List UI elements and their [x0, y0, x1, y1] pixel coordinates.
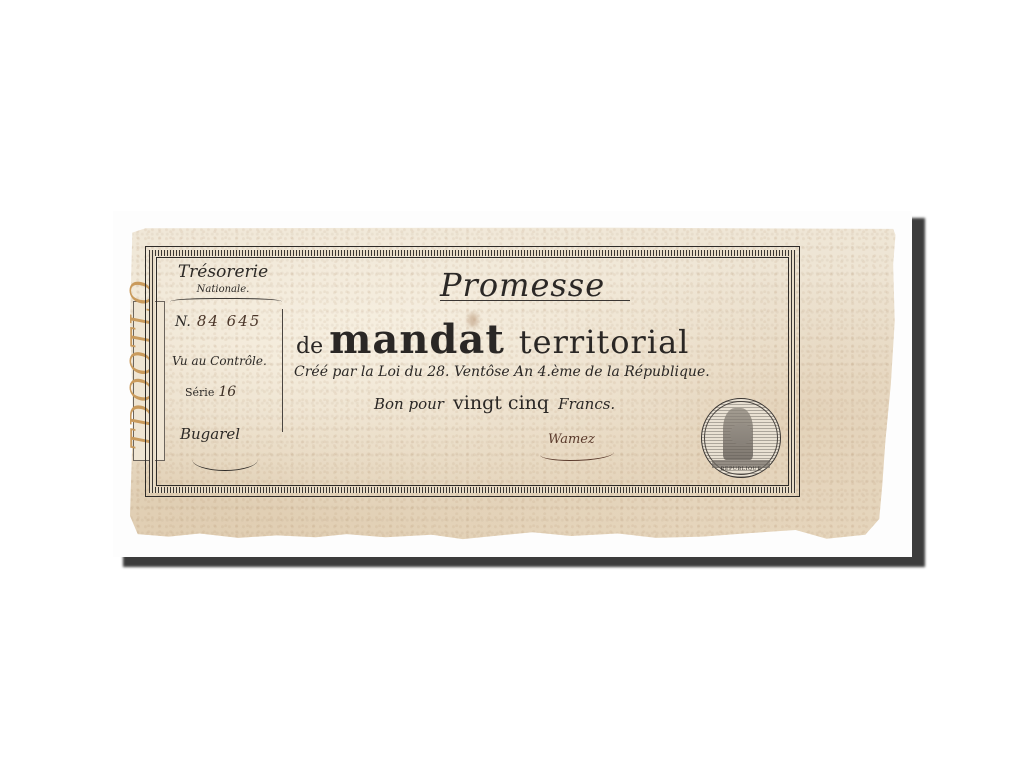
left-panel-divider [282, 309, 283, 432]
serie-label: Série [185, 386, 214, 399]
serie-value: 16 [218, 384, 236, 400]
seal-legend: REPUBLIQUE [712, 466, 770, 472]
francs-label: Francs. [558, 395, 615, 413]
seated-figure-icon [723, 408, 753, 460]
controller-signature: Bugarel [180, 425, 240, 443]
nationale-subheading: Nationale. [168, 284, 278, 295]
title-territorial: territorial [519, 323, 690, 361]
signature-flourish [192, 448, 258, 471]
bon-pour-label: Bon pour [374, 395, 444, 413]
serie: Série16 [185, 384, 236, 400]
serial-number-value: 84 645 [197, 312, 262, 330]
issuer-signature: Wamez [548, 432, 595, 447]
title-de: de [296, 334, 323, 359]
denomination-line: Bon pour vingt cinq Francs. [374, 392, 615, 414]
promesse-underline [440, 300, 630, 301]
serial-number: N.84 645 [175, 312, 261, 330]
vu-au-controle: Vu au Contrôle. [172, 354, 267, 368]
note-title: demandatterritorial [296, 316, 689, 363]
tresorerie-heading: Trésorerie [168, 262, 278, 282]
title-mandat: mandat [329, 316, 505, 363]
serial-number-label: N. [175, 314, 191, 330]
amount-text: vingt cinq [453, 392, 549, 414]
decorative-brace [170, 298, 282, 307]
legal-decree-line: Créé par la Loi du 28. Ventôse An 4.ème … [294, 364, 710, 380]
promesse-heading: Promesse [440, 266, 605, 304]
